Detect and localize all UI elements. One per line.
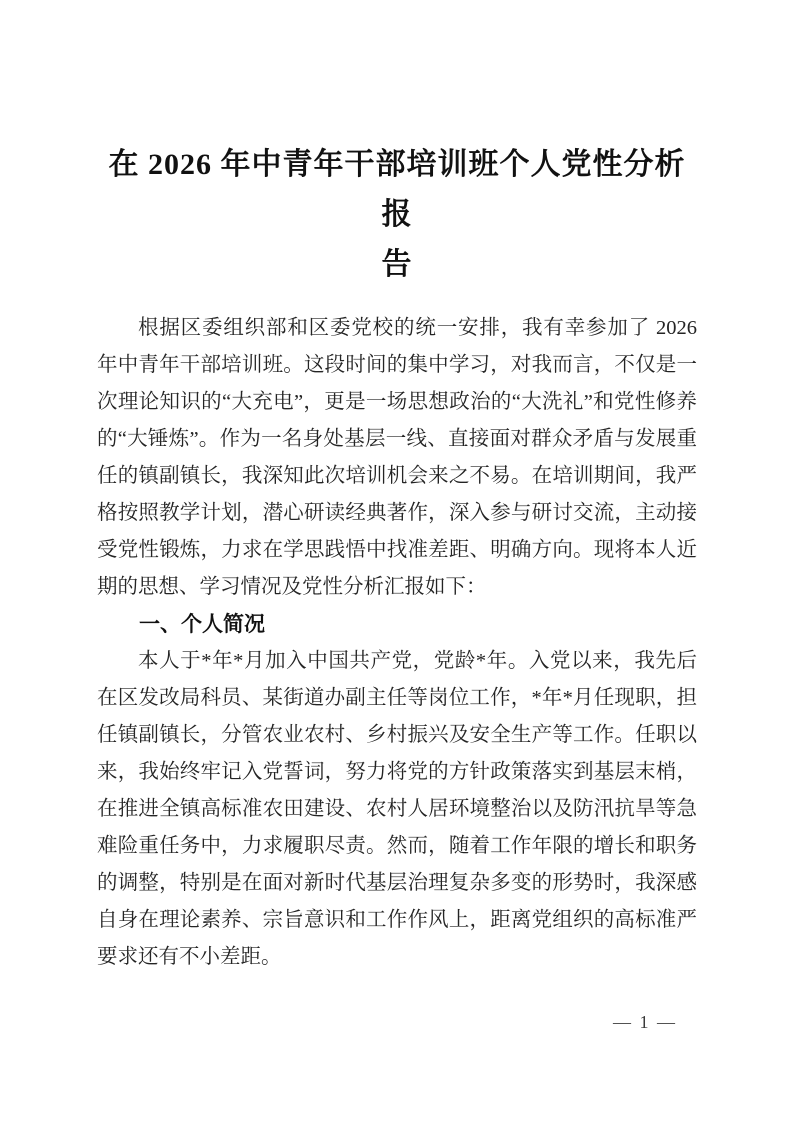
paragraph-personal-profile: 本人于*年*月加入中国共产党，党龄*年。入党以来，我先后在区发改局科员、某街道办…	[97, 643, 697, 976]
document-title: 在 2026 年中青年干部培训班个人党性分析报 告	[97, 140, 697, 290]
document-content: 在 2026 年中青年干部培训班个人党性分析报 告 根据区委组织部和区委党校的统…	[97, 140, 697, 976]
document-title-line-2: 告	[97, 240, 697, 290]
section-heading-personal-profile: 一、个人简况	[97, 606, 697, 643]
document-title-line-1: 在 2026 年中青年干部培训班个人党性分析报	[97, 140, 697, 240]
paragraph-introduction: 根据区委组织部和区委党校的统一安排，我有幸参加了 2026 年中青年干部培训班。…	[97, 310, 697, 606]
document-page: 在 2026 年中青年干部培训班个人党性分析报 告 根据区委组织部和区委党校的统…	[0, 0, 793, 1122]
page-number: — 1 —	[613, 1010, 677, 1034]
